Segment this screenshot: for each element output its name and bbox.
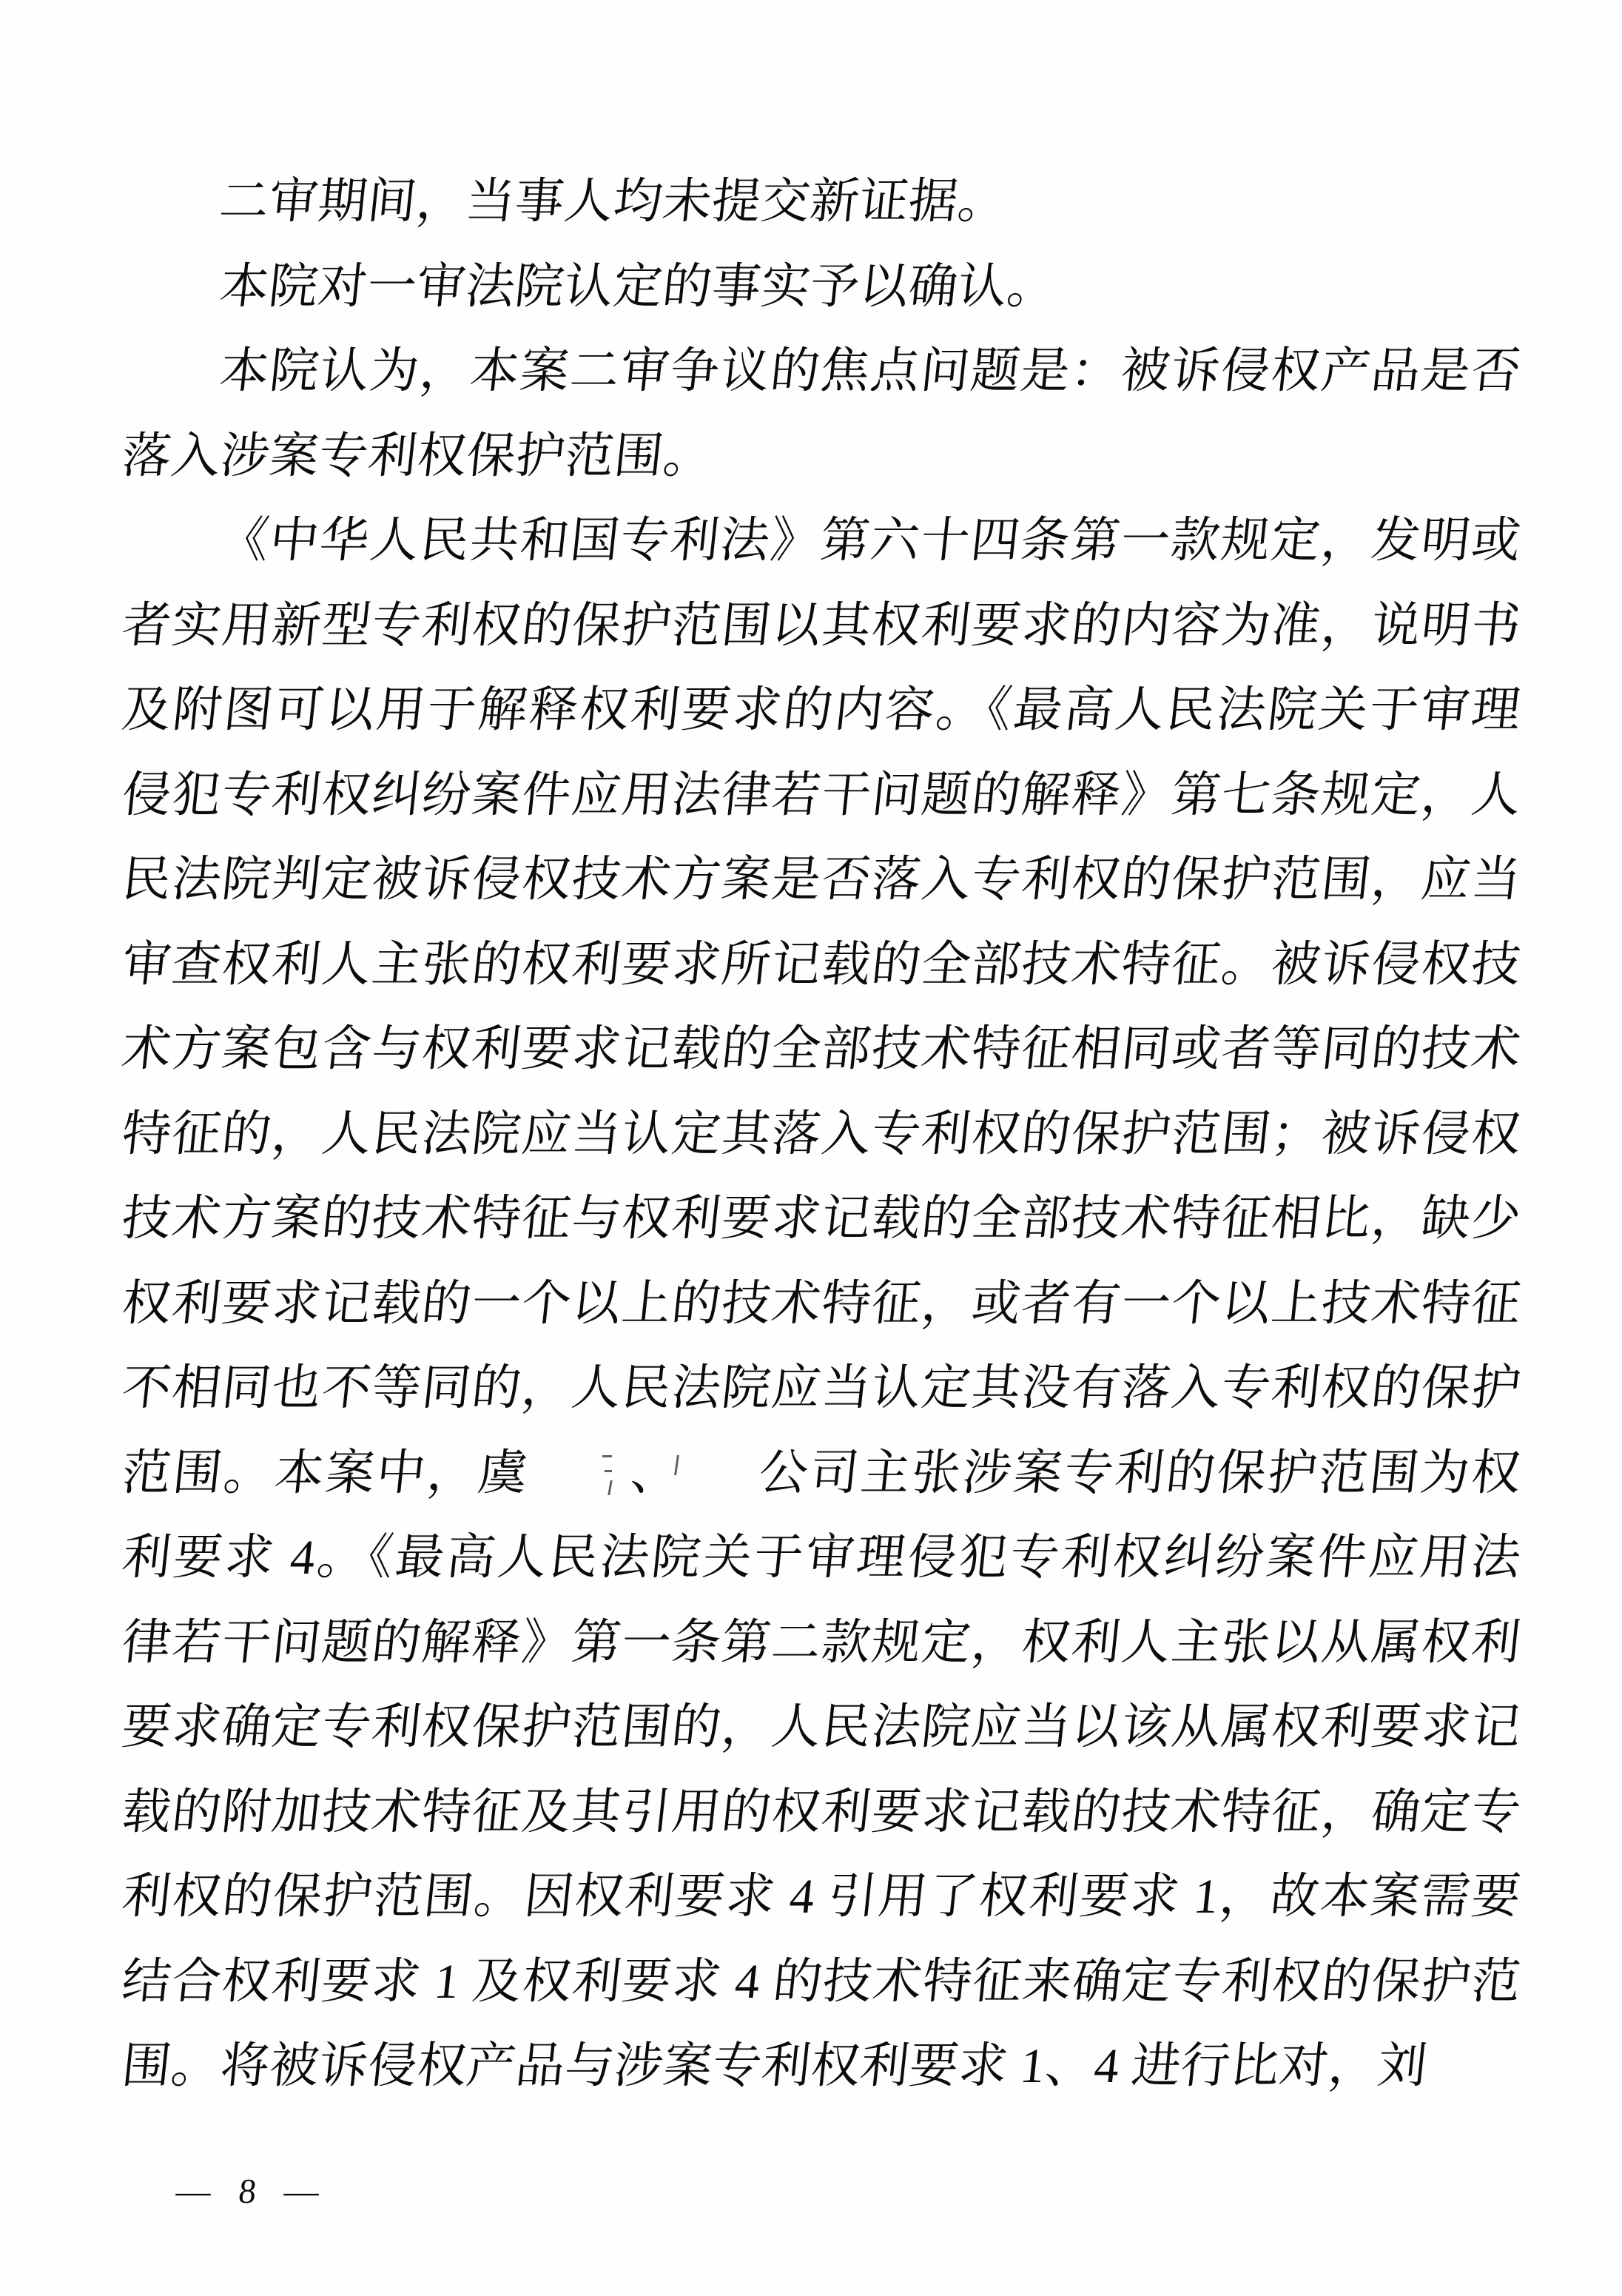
text-line-redacted: 范围。本案中，虞 、 公司主张涉案专利的保护范围为权 bbox=[118, 1431, 1525, 1517]
text-line: 及附图可以用于解释权利要求的内容。《最高人民法院关于审理 bbox=[118, 668, 1525, 753]
text-line: 权利要求记载的一个以上的技术特征，或者有一个以上技术特征 bbox=[118, 1262, 1525, 1347]
text-line: 技术方案的技术特征与权利要求记载的全部技术特征相比，缺少 bbox=[118, 1177, 1525, 1262]
text-line: 本院对一审法院认定的事实予以确认。 bbox=[118, 245, 1525, 330]
text-line: 落入涉案专利权保护范围。 bbox=[118, 414, 1525, 500]
text-line: 侵犯专利权纠纷案件应用法律若干问题的解释》第七条规定，人 bbox=[118, 753, 1525, 839]
text-line: 律若干问题的解释》第一条第二款规定，权利人主张以从属权利 bbox=[118, 1601, 1525, 1686]
text-line: 结合权利要求 1 及权利要求 4 的技术特征来确定专利权的保护范 bbox=[118, 1940, 1525, 2025]
judgment-text-block: 二审期间，当事人均未提交新证据。 本院对一审法院认定的事实予以确认。 本院认为，… bbox=[122, 160, 1521, 2109]
text-line: 载的附加技术特征及其引用的权利要求记载的技术特征，确定专 bbox=[118, 1770, 1525, 1856]
text-line: 围。将被诉侵权产品与涉案专利权利要求 1、4 进行比对，刘 bbox=[118, 2024, 1525, 2109]
text-line: 民法院判定被诉侵权技术方案是否落入专利权的保护范围，应当 bbox=[118, 838, 1525, 923]
text-line: 术方案包含与权利要求记载的全部技术特征相同或者等同的技术 bbox=[118, 1007, 1525, 1092]
text-line: 《中华人民共和国专利法》第六十四条第一款规定，发明或 bbox=[118, 499, 1525, 584]
text-line: 审查权利人主张的权利要求所记载的全部技术特征。被诉侵权技 bbox=[118, 923, 1525, 1008]
text-line: 特征的，人民法院应当认定其落入专利权的保护范围；被诉侵权 bbox=[118, 1092, 1525, 1178]
document-page: 二审期间，当事人均未提交新证据。 本院对一审法院认定的事实予以确认。 本院认为，… bbox=[0, 0, 1622, 2296]
redaction-artifact bbox=[602, 1455, 612, 1457]
text-line: 本院认为，本案二审争议的焦点问题是：被诉侵权产品是否 bbox=[118, 329, 1525, 414]
text-line: 不相同也不等同的，人民法院应当认定其没有落入专利权的保护 bbox=[118, 1346, 1525, 1431]
text-line: 者实用新型专利权的保护范围以其权利要求的内容为准，说明书 bbox=[118, 584, 1525, 669]
text-line: 二审期间，当事人均未提交新证据。 bbox=[118, 160, 1525, 245]
text-line: 要求确定专利权保护范围的，人民法院应当以该从属权利要求记 bbox=[118, 1685, 1525, 1770]
text-line: 利要求 4。《最高人民法院关于审理侵犯专利权纠纷案件应用法 bbox=[118, 1516, 1525, 1601]
text-line: 利权的保护范围。因权利要求 4 引用了权利要求 1，故本案需要 bbox=[118, 1855, 1525, 1940]
page-number: — 8 — bbox=[174, 2167, 332, 2216]
redaction-artifact bbox=[605, 1470, 612, 1472]
